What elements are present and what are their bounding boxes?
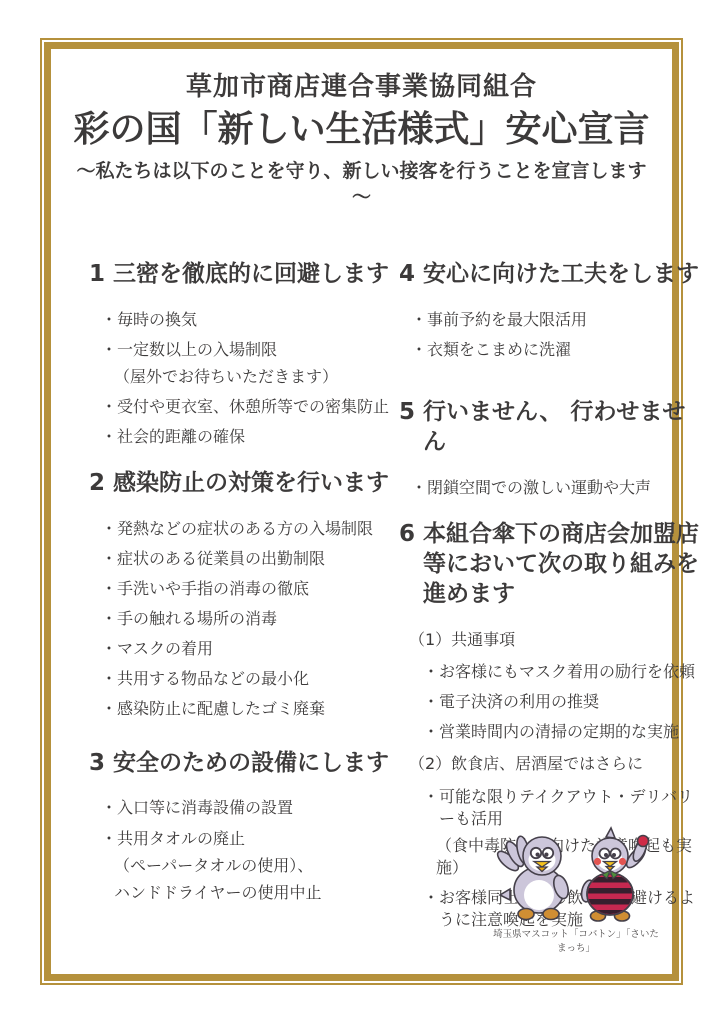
bullet-item: お客様にもマスク着用の励行を依頼: [423, 661, 699, 683]
section-number: 2: [89, 468, 105, 498]
group-common-items: お客様にもマスク着用の励行を依頼 電子決済の利用の推奨 営業時間内の清掃の定期的…: [409, 661, 699, 743]
section-4: 4 安心に向けた工夫をします 事前予約を最大限活用 衣類をこまめに洗濯: [399, 259, 699, 361]
section-5-items: 閉鎖空間での激しい運動や大声: [399, 477, 699, 499]
bullet-item: 発熱などの症状のある方の入場制限: [101, 518, 389, 540]
bullet-subline: ハンドドライヤーの使用中止: [101, 882, 389, 904]
group-common: （1）共通事項 お客様にもマスク着用の励行を依頼 電子決済の利用の推奨 営業時間…: [409, 629, 699, 744]
section-title: 安心に向けた工夫をします: [423, 259, 699, 289]
declaration-subtitle: ～私たちは以下のことを守り、新しい接客を行うことを宣言します～: [71, 159, 652, 210]
left-column: 1 三密を徹底的に回避します 毎時の換気 一定数以上の入場制限 （屋外でお待ちい…: [89, 240, 389, 939]
section-2-heading: 2 感染防止の対策を行います: [89, 468, 389, 498]
bullet-item: 一定数以上の入場制限: [101, 339, 389, 361]
section-6-heading: 6 本組合傘下の商店会加盟店 等において次の取り組みを 進めます: [399, 519, 699, 610]
bullet-item: 電子決済の利用の推奨: [423, 691, 699, 713]
group-label: （2）飲食店、居酒屋ではさらに: [409, 753, 699, 775]
mascot-caption: 埼玉県マスコット「コバトン」「さいたまっち」: [490, 926, 662, 954]
bullet-subline: （屋外でお待ちいただきます）: [101, 366, 389, 388]
bullet-item: 共用タオルの廃止: [101, 828, 389, 850]
section-number: 4: [399, 259, 415, 289]
section-3: 3 安全のための設備にします 入口等に消毒設備の設置 共用タオルの廃止 （ペーパ…: [89, 748, 389, 904]
section-3-heading: 3 安全のための設備にします: [89, 748, 389, 778]
poster-header: 草加市商店連合事業協同組合 彩の国「新しい生活様式」安心宣言 ～私たちは以下のこ…: [71, 71, 652, 210]
bullet-item: 毎時の換気: [101, 309, 389, 331]
section-number: 5: [399, 397, 415, 458]
section-title: 行いません、 行わせません: [423, 397, 699, 458]
section-2: 2 感染防止の対策を行います 発熱などの症状のある方の入場制限 症状のある従業員…: [89, 468, 389, 720]
mascot-block: 埼玉県マスコット「コバトン」「さいたまっち」: [490, 825, 662, 954]
section-title: 感染防止の対策を行います: [113, 468, 389, 498]
section-5: 5 行いません、 行わせません 閉鎖空間での激しい運動や大声: [399, 397, 699, 499]
bullet-item: 症状のある従業員の出勤制限: [101, 548, 389, 570]
page-title: 彩の国「新しい生活様式」安心宣言: [71, 107, 652, 153]
bullet-item: 営業時間内の清掃の定期的な実施: [423, 721, 699, 743]
section-title: 本組合傘下の商店会加盟店 等において次の取り組みを 進めます: [423, 519, 699, 610]
bullet-item: 社会的距離の確保: [101, 426, 389, 448]
organization-name: 草加市商店連合事業協同組合: [71, 71, 652, 105]
group-label: （1）共通事項: [409, 629, 699, 651]
mascots-illustration: [496, 825, 656, 925]
bullet-item: 事前予約を最大限活用: [411, 309, 699, 331]
bullet-item: 感染防止に配慮したゴミ廃棄: [101, 698, 389, 720]
bullet-item: 手洗いや手指の消毒の徹底: [101, 578, 389, 600]
poster-frame-outer: 草加市商店連合事業協同組合 彩の国「新しい生活様式」安心宣言 ～私たちは以下のこ…: [40, 38, 683, 985]
section-4-items: 事前予約を最大限活用 衣類をこまめに洗濯: [399, 309, 699, 361]
kobaton-mascot: [496, 835, 571, 919]
bullet-item: マスクの着用: [101, 638, 389, 660]
bullet-item: 衣類をこまめに洗濯: [411, 339, 699, 361]
section-5-heading: 5 行いません、 行わせません: [399, 397, 699, 458]
section-1: 1 三密を徹底的に回避します 毎時の換気 一定数以上の入場制限 （屋外でお待ちい…: [89, 259, 389, 448]
bullet-item: 受付や更衣室、休憩所等での密集防止: [101, 396, 389, 418]
section-4-heading: 4 安心に向けた工夫をします: [399, 259, 699, 289]
section-title: 三密を徹底的に回避します: [113, 259, 389, 289]
poster-frame-inner: 草加市商店連合事業協同組合 彩の国「新しい生活様式」安心宣言 ～私たちは以下のこ…: [44, 42, 679, 981]
bullet-item: 閉鎖空間での激しい運動や大声: [411, 477, 699, 499]
bullet-item: 入口等に消毒設備の設置: [101, 797, 389, 819]
bullet-item: 手の触れる場所の消毒: [101, 608, 389, 630]
section-3-items: 入口等に消毒設備の設置 共用タオルの廃止 （ペーパータオルの使用）、 ハンドドラ…: [89, 797, 389, 903]
bullet-item: 共用する物品などの最小化: [101, 668, 389, 690]
saitamatchi-mascot: [580, 828, 650, 921]
bullet-subline: （ペーパータオルの使用）、: [101, 855, 389, 877]
section-1-heading: 1 三密を徹底的に回避します: [89, 259, 389, 289]
section-1-items: 毎時の換気 一定数以上の入場制限 （屋外でお待ちいただきます） 受付や更衣室、休…: [89, 309, 389, 448]
section-number: 3: [89, 748, 105, 778]
section-number: 1: [89, 259, 105, 289]
section-title: 安全のための設備にします: [113, 748, 389, 778]
bullet-item: 可能な限りテイクアウト・デリバリーも活用: [423, 786, 699, 830]
section-number: 6: [399, 519, 415, 610]
section-2-items: 発熱などの症状のある方の入場制限 症状のある従業員の出勤制限 手洗いや手指の消毒…: [89, 518, 389, 721]
